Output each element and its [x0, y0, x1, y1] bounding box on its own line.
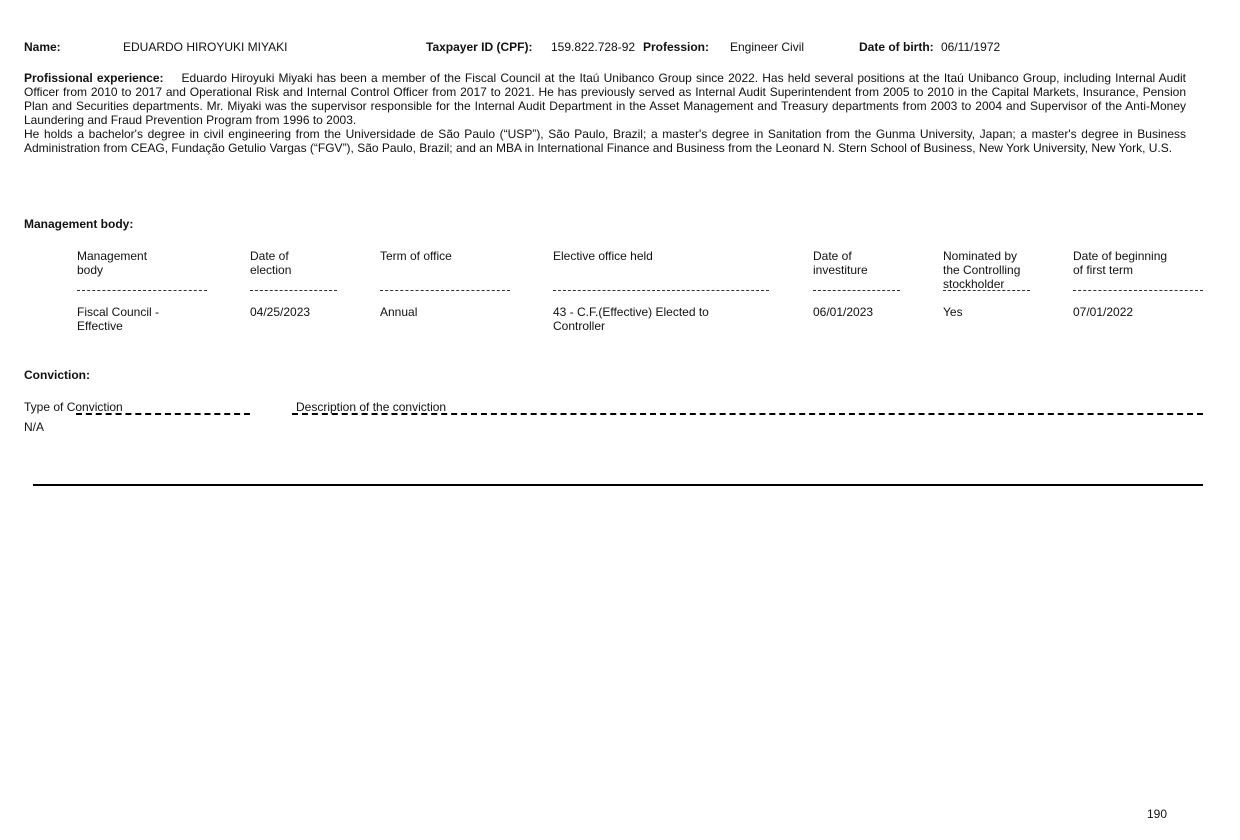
- cell-elective-office-held: 43 - C.F.(Effective) Elected toControlle…: [553, 305, 709, 333]
- dob-value: 06/11/1972: [941, 40, 1000, 54]
- header-rule-nominated-by-controlling-stockholder: [943, 290, 1030, 291]
- conviction-type-header: Type of Conviction: [24, 400, 123, 414]
- header-term-of-office: Term of office: [380, 249, 452, 263]
- header-elective-office-held: Elective office held: [553, 249, 653, 263]
- header-rule-management-body: [77, 290, 207, 291]
- cell-management-body: Fiscal Council -Effective: [77, 305, 159, 333]
- conviction-section-title: Conviction:: [24, 368, 90, 382]
- header-nominated-by-controlling-stockholder: Nominated bythe Controllingstockholder: [943, 249, 1020, 291]
- section-divider: [33, 484, 1203, 486]
- cell-date-of-beginning-of-first-term: 07/01/2022: [1073, 305, 1133, 319]
- conviction-type-rule: [76, 413, 250, 415]
- profession-value: Engineer Civil: [730, 40, 804, 54]
- conviction-description-rule: [292, 413, 1203, 415]
- header-rule-date-of-beginning-of-first-term: [1073, 290, 1203, 291]
- dob-label: Date of birth:: [859, 40, 934, 54]
- cpf-label: Taxpayer ID (CPF):: [426, 40, 532, 54]
- header-date-of-investiture: Date ofinvestiture: [813, 249, 868, 277]
- conviction-description-header: Description of the conviction: [296, 400, 446, 414]
- conviction-type-value: N/A: [24, 420, 44, 434]
- name-value: EDUARDO HIROYUKI MIYAKI: [123, 40, 287, 54]
- experience-paragraph-1: Eduardo Hiroyuki Miyaki has been a membe…: [24, 71, 1186, 127]
- professional-experience: Profissional experience:Eduardo Hiroyuki…: [24, 71, 1186, 155]
- header-management-body: Managementbody: [77, 249, 147, 277]
- experience-label: Profissional experience:: [24, 71, 164, 85]
- header-rule-elective-office-held: [553, 290, 769, 291]
- cell-term-of-office: Annual: [380, 305, 417, 319]
- page-number: 190: [1147, 807, 1167, 821]
- header-date-of-election: Date ofelection: [250, 249, 291, 277]
- name-label: Name:: [24, 40, 61, 54]
- experience-paragraph-2: He holds a bachelor's degree in civil en…: [24, 127, 1186, 155]
- header-rule-date-of-election: [250, 290, 337, 291]
- cell-date-of-election: 04/25/2023: [250, 305, 310, 319]
- header-rule-date-of-investiture: [813, 290, 900, 291]
- cell-nominated-by-controlling-stockholder: Yes: [943, 305, 963, 319]
- cpf-value: 159.822.728-92: [551, 40, 635, 54]
- header-rule-term-of-office: [380, 290, 510, 291]
- profession-label: Profession:: [643, 40, 709, 54]
- cell-date-of-investiture: 06/01/2023: [813, 305, 873, 319]
- header-date-of-beginning-of-first-term: Date of beginningof first term: [1073, 249, 1167, 277]
- management-section-title: Management body:: [24, 217, 133, 231]
